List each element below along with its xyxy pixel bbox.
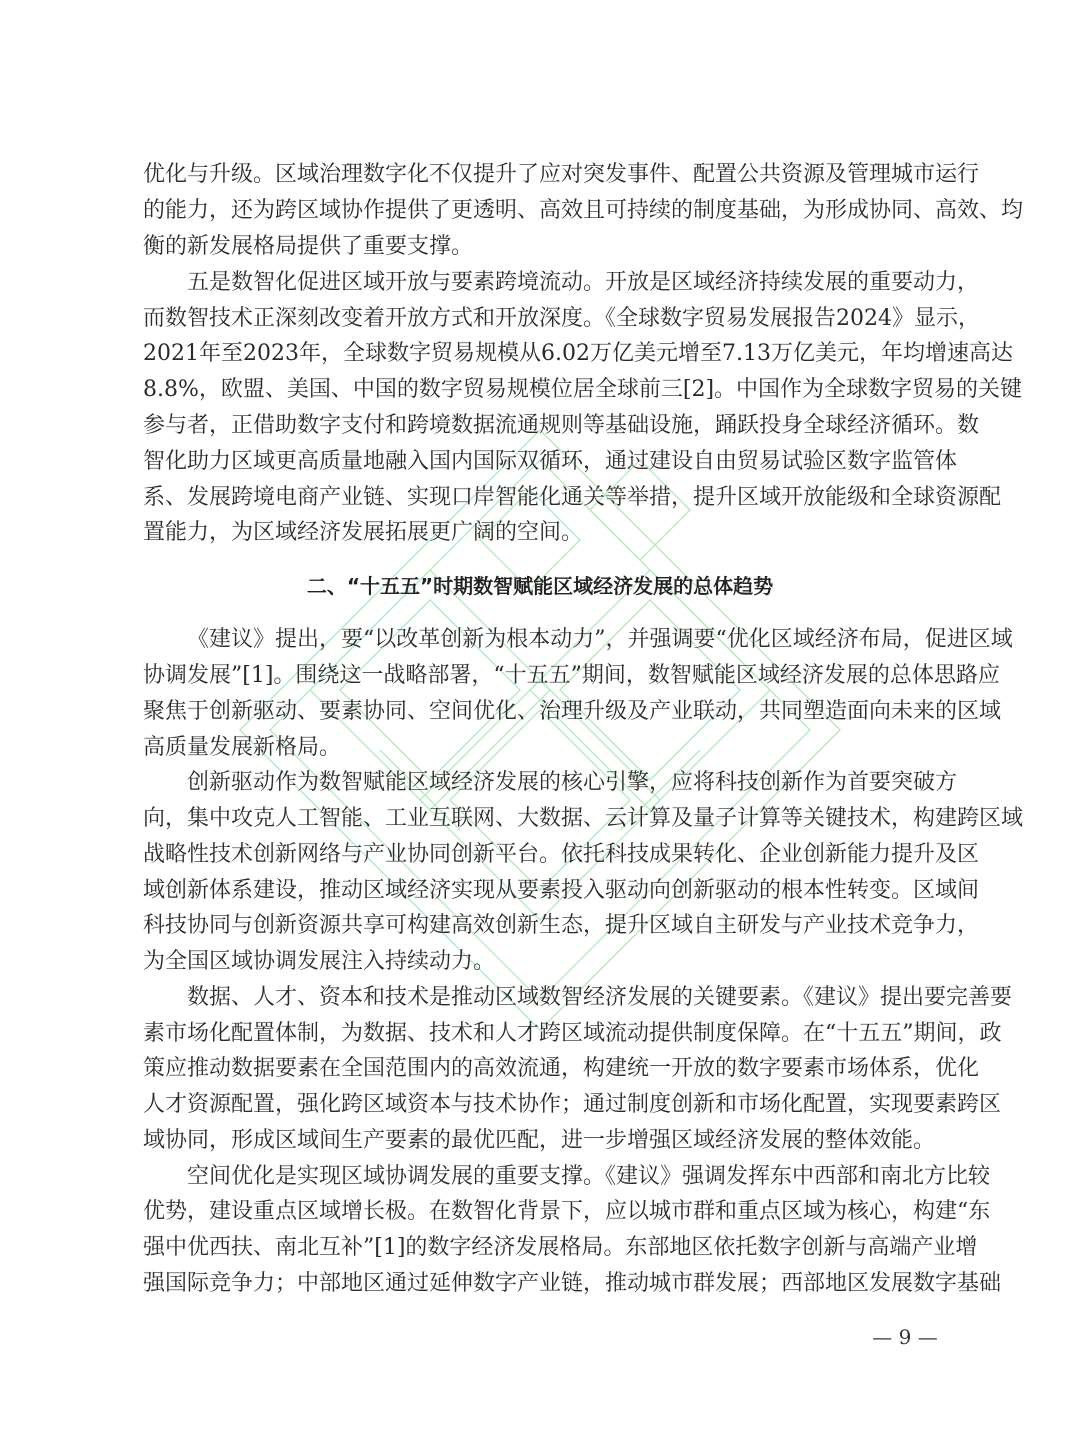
text-line: 战略性技术创新网络与产业协同创新平台。依托科技成果转化、企业创新能力提升及区 (143, 837, 937, 873)
text-line: 衡的新发展格局提供了重要支撑。 (143, 229, 937, 265)
text-line: 《建议》提出，要“以改革创新为根本动力”，并强调要“优化区域经济布局，促进区域 (187, 622, 937, 658)
text-line: 为全国区域协调发展注入持续动力。 (143, 944, 937, 980)
text-line: 域协同，形成区域间生产要素的最优匹配，进一步增强区域经济发展的整体效能。 (143, 1123, 937, 1159)
text-line: 参与者，正借助数字支付和跨境数据流通规则等基础设施，踊跃投身全球经济循环。数 (143, 408, 937, 444)
text-line: 优化与升级。区域治理数字化不仅提升了应对突发事件、配置公共资源及管理城市运行 (143, 157, 937, 193)
text-line: 协调发展”[1]。围绕这一战略部署，“十五五”期间，数智赋能区域经济发展的总体思… (143, 658, 937, 694)
text-line: 智化助力区域更高质量地融入国内国际双循环，通过建设自由贸易试验区数字监管体 (143, 444, 937, 480)
text-line: 强国际竞争力；中部地区通过延伸数字产业链，推动城市群发展；西部地区发展数字基础 (143, 1266, 937, 1302)
text-line: 而数智技术正深刻改变着开放方式和开放深度。《全球数字贸易发展报告2024》显示， (143, 301, 937, 337)
text-line: 系、发展跨境电商产业链、实现口岸智能化通关等举措，提升区域开放能级和全球资源配 (143, 480, 937, 516)
text-line: 2021年至2023年，全球数字贸易规模从6.02万亿美元增至7.13万亿美元，… (143, 336, 937, 372)
text-line: 向，集中攻克人工智能、工业互联网、大数据、云计算及量子计算等关键技术，构建跨区域 (143, 801, 937, 837)
section-heading: 二、“十五五”时期数智赋能区域经济发展的总体趋势 (143, 568, 937, 604)
text-line: 人才资源配置，强化跨区域资本与技术协作；通过制度创新和市场化配置，实现要素跨区 (143, 1087, 937, 1123)
text-line: 强中优西扶、南北互补”[1]的数字经济发展格局。东部地区依托数字创新与高端产业增 (143, 1230, 937, 1266)
text-line: 策应推动数据要素在全国范围内的高效流通，构建统一开放的数字要素市场体系，优化 (143, 1051, 937, 1087)
document-page: 优化与升级。区域治理数字化不仅提升了应对突发事件、配置公共资源及管理城市运行的能… (0, 0, 1080, 1455)
text-line: 创新驱动作为数智赋能区域经济发展的核心引擎，应将科技创新作为首要突破方 (187, 765, 937, 801)
text-line: 置能力，为区域经济发展拓展更广阔的空间。 (143, 515, 937, 551)
text-line: 五是数智化促进区域开放与要素跨境流动。开放是区域经济持续发展的重要动力， (187, 265, 937, 301)
text-line: 高质量发展新格局。 (143, 730, 937, 766)
text-line: 优势，建设重点区域增长极。在数智化背景下，应以城市群和重点区域为核心，构建“东 (143, 1194, 937, 1230)
text-line: 素市场化配置体制，为数据、技术和人才跨区域流动提供制度保障。在“十五五”期间，政 (143, 1016, 937, 1052)
text-line: 空间优化是实现区域协调发展的重要支撑。《建议》强调发挥东中西部和南北方比较 (187, 1159, 937, 1195)
text-line: 数据、人才、资本和技术是推动区域数智经济发展的关键要素。《建议》提出要完善要 (187, 980, 937, 1016)
page-number: — 9 — (860, 1322, 950, 1352)
text-line: 聚焦于创新驱动、要素协同、空间优化、治理升级及产业联动，共同塑造面向未来的区域 (143, 694, 937, 730)
text-line: 科技协同与创新资源共享可构建高效创新生态，提升区域自主研发与产业技术竞争力， (143, 908, 937, 944)
text-line: 域创新体系建设，推动区域经济实现从要素投入驱动向创新驱动的根本性转变。区域间 (143, 873, 937, 909)
text-line: 的能力，还为跨区域协作提供了更透明、高效且可持续的制度基础，为形成协同、高效、均 (143, 193, 937, 229)
text-line: 8.8%，欧盟、美国、中国的数字贸易规模位居全球前三[2]。中国作为全球数字贸易… (143, 372, 937, 408)
